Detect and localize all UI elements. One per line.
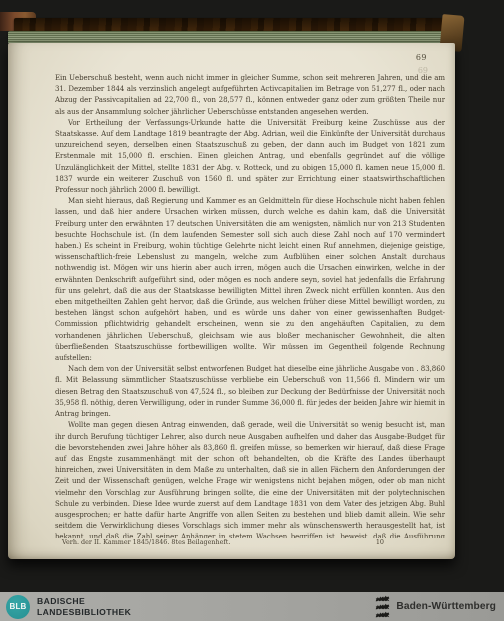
body-paragraph: Ein Ueberschuß besteht, wenn auch nicht … [55, 73, 445, 118]
library-name: BADISCHE LANDESBIBLIOTHEK [37, 596, 131, 616]
blb-logo: BLB BADISCHE LANDESBIBLIOTHEK [0, 595, 131, 619]
page-number: 69 [416, 53, 427, 62]
lion-icon [375, 603, 390, 610]
blb-logo-icon: BLB [6, 595, 30, 619]
state-label: Baden-Württemberg [396, 601, 496, 612]
library-name-line2: LANDESBIBLIOTHEK [37, 607, 131, 617]
body-paragraph: Nach dem von der Universität selbst entw… [55, 364, 445, 420]
lion-icon [375, 611, 390, 618]
three-lions-icon [375, 595, 390, 618]
lion-icon [375, 595, 390, 602]
page-text-block: Ein Ueberschuß besteht, wenn auch nicht … [55, 73, 445, 538]
footer-citation: Verh. der II. Kammer 1845/1846. 8tes Bei… [62, 538, 230, 546]
book-scan-viewport: 69 69 Ein Ueberschuß besteht, wenn auch … [0, 0, 504, 621]
body-paragraph: Wollte man gegen diesen Antrag einwenden… [55, 420, 445, 538]
library-footer-bar: BLB BADISCHE LANDESBIBLIOTHEK Baden-Würt… [0, 592, 504, 621]
sheet-number: 10 [376, 538, 384, 546]
scanned-page: 69 69 Ein Ueberschuß besteht, wenn auch … [8, 43, 455, 559]
body-paragraph: Man sieht hieraus, daß Regierung und Kam… [55, 196, 445, 364]
page-footer: Verh. der II. Kammer 1845/1846. 8tes Bei… [62, 538, 384, 546]
body-paragraph: Vor Ertheilung der Verfassungs-Urkunde h… [55, 118, 445, 196]
baden-wuerttemberg-logo: Baden-Württemberg [375, 595, 504, 618]
library-name-line1: BADISCHE [37, 596, 131, 606]
